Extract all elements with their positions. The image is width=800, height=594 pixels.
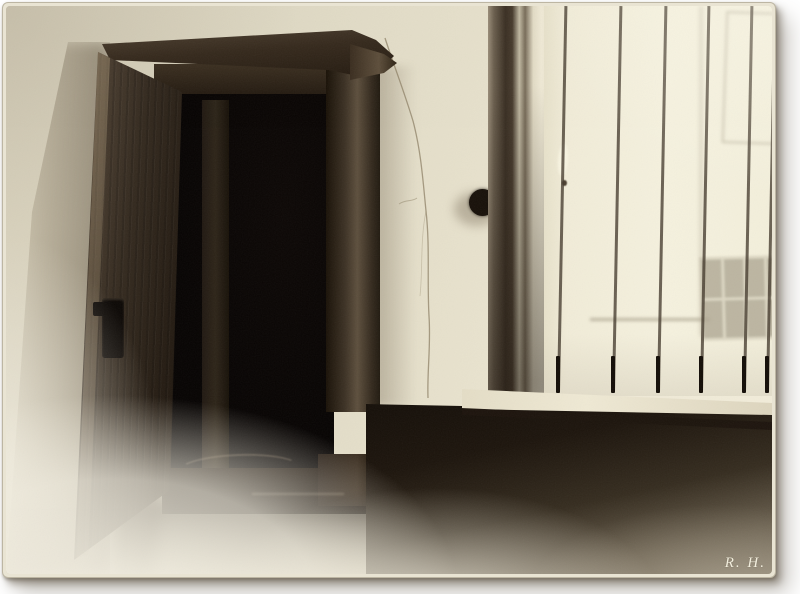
framed-photograph: R. H. [2, 2, 776, 578]
artist-signature: R. H. [725, 555, 766, 572]
photo-scene: R. H. [6, 6, 772, 574]
bottom-center-vignette [6, 6, 772, 574]
page-background: R. H. [0, 0, 800, 594]
